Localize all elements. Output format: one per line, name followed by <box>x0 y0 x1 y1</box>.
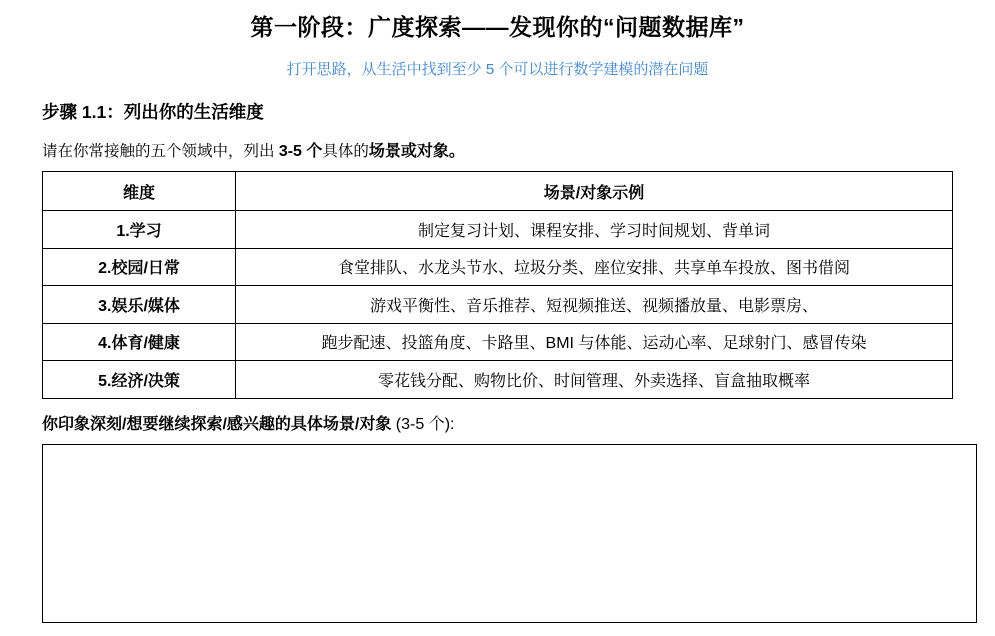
instruction-prefix: 请在你常接触的五个领域中，列出 <box>42 143 279 160</box>
page-subtitle: 打开思路，从生活中找到至少 5 个可以进行数学建模的潜在问题 <box>0 60 995 79</box>
header-examples: 场景/对象示例 <box>236 172 953 211</box>
header-dimension: 维度 <box>43 172 236 211</box>
instruction-object-bold: 场景或对象 <box>369 143 449 160</box>
worksheet-page: 第一阶段：广度探索——发现你的“问题数据库” 打开思路，从生活中找到至少 5 个… <box>0 0 995 636</box>
examples-cell: 制定复习计划、课程安排、学习时间规划、背单词 <box>236 211 953 249</box>
examples-cell: 食堂排队、水龙头节水、垃圾分类、座位安排、共享单车投放、图书借阅 <box>236 248 953 286</box>
page-title: 第一阶段：广度探索——发现你的“问题数据库” <box>0 0 995 41</box>
dimension-cell: 1.学习 <box>43 211 236 249</box>
dimension-cell: 5.经济/决策 <box>43 361 236 399</box>
instruction-text: 请在你常接触的五个领域中，列出 3-5 个具体的场景或对象。 <box>42 142 995 162</box>
examples-cell: 零花钱分配、购物比价、时间管理、外卖选择、盲盒抽取概率 <box>236 361 953 399</box>
answer-prompt-bold: 你印象深刻/想要继续探索/感兴趣的具体场景/对象 <box>42 416 391 433</box>
table-row: 1.学习 制定复习计划、课程安排、学习时间规划、背单词 <box>43 211 953 249</box>
examples-cell: 跑步配速、投篮角度、卡路里、BMI 与体能、运动心率、足球射门、感冒传染 <box>236 323 953 361</box>
answer-box[interactable] <box>42 444 977 623</box>
dimension-cell: 4.体育/健康 <box>43 323 236 361</box>
instruction-suffix: 。 <box>449 143 465 160</box>
dimension-cell: 3.娱乐/媒体 <box>43 286 236 324</box>
table-header-row: 维度 场景/对象示例 <box>43 172 953 211</box>
step-heading: 步骤 1.1：列出你的生活维度 <box>42 101 995 123</box>
table-row: 2.校园/日常 食堂排队、水龙头节水、垃圾分类、座位安排、共享单车投放、图书借阅 <box>43 248 953 286</box>
dimension-cell: 2.校园/日常 <box>43 248 236 286</box>
table-row: 3.娱乐/媒体 游戏平衡性、音乐推荐、短视频推送、视频播放量、电影票房、 <box>43 286 953 324</box>
table-row: 5.经济/决策 零花钱分配、购物比价、时间管理、外卖选择、盲盒抽取概率 <box>43 361 953 399</box>
answer-prompt: 你印象深刻/想要继续探索/感兴趣的具体场景/对象 (3-5 个): <box>42 415 995 435</box>
instruction-mid: 具体的 <box>322 143 369 160</box>
answer-prompt-suffix: (3-5 个): <box>391 416 454 433</box>
dimensions-table: 维度 场景/对象示例 1.学习 制定复习计划、课程安排、学习时间规划、背单词 2… <box>42 171 953 399</box>
table-row: 4.体育/健康 跑步配速、投篮角度、卡路里、BMI 与体能、运动心率、足球射门、… <box>43 323 953 361</box>
instruction-count-bold: 3-5 个 <box>279 143 323 160</box>
examples-cell: 游戏平衡性、音乐推荐、短视频推送、视频播放量、电影票房、 <box>236 286 953 324</box>
